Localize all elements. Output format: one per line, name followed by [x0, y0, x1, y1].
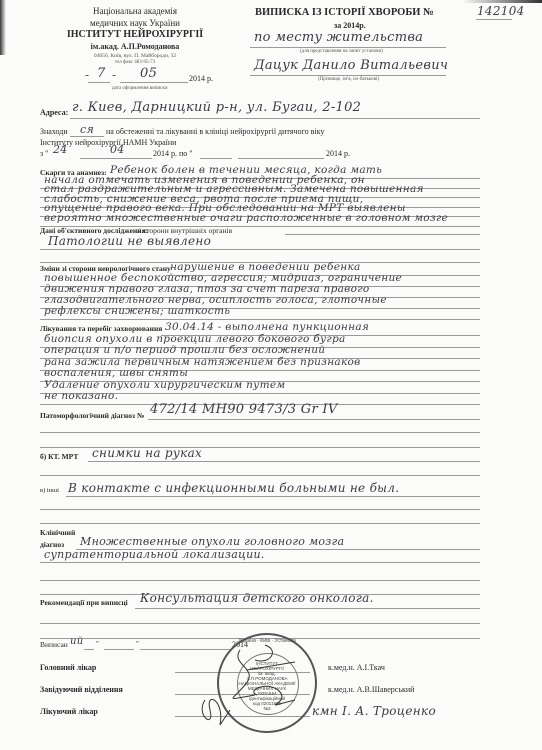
stay-from-day: 24	[53, 143, 68, 156]
academy-line2: медичних наук України	[55, 17, 215, 29]
treatment-line: 30.04.14 - выполнена пункционная	[165, 321, 369, 333]
institute-named-after: ім.акад. А.П.Ромоданова	[55, 41, 215, 53]
stay-from-prefix: з "	[40, 149, 48, 158]
complaints-line: вероятно множественные очаги расположенн…	[44, 212, 448, 224]
institute-phone: тел факс 483-95-73	[55, 60, 215, 66]
signature-name: кмн І. А. Троценко	[312, 704, 436, 718]
issue-year: 2014 р.	[189, 74, 213, 83]
signature-role: Лікуючий лікар	[40, 707, 98, 716]
patient-name-caption: (Прізвище, ім'я, по-батькові)	[318, 77, 379, 82]
recommendations-value: Консультация детского онколога.	[140, 591, 374, 605]
other-label: в) інші	[40, 487, 59, 494]
patient-name: Дацук Данило Витальевич	[254, 58, 448, 73]
address-value: г. Киев, Дарницкий р-н, ул. Бугаи, 2-102	[72, 100, 361, 115]
discharge-suffix: ий	[70, 636, 83, 647]
treatment-line: рана зажила первичным натяжением без при…	[44, 356, 361, 368]
treatment-line: не показано.	[44, 390, 118, 402]
signature-role: Головний лікар	[40, 663, 96, 672]
discharge-quote: "	[136, 640, 139, 648]
academy-line1: Національна академія	[55, 5, 215, 17]
signature-scribbles	[185, 640, 325, 740]
treatment-line: биопсия опухоли в проекции левого боково…	[44, 333, 346, 345]
pathomorph-value: 472/14 MH90 9473/3 Gr IV	[150, 402, 338, 417]
neuro-line: рефлексы снижены; шаткость	[44, 305, 230, 317]
record-number: 142104	[477, 4, 525, 18]
destination-caption: (для представлення на запит установи)	[300, 49, 383, 54]
other-value: В контакте с инфекционными больными не б…	[68, 481, 399, 495]
institute-address: 04050, Київ, вул. П. Майбороди, 32	[55, 53, 215, 60]
treatment-line: операция и п/о период прошли без осложне…	[44, 344, 325, 356]
issue-month: 05	[140, 66, 157, 81]
institute-name: ІНСТИТУТ НЕЙРОХІРУРГІЇ	[55, 29, 215, 41]
ct-mri-value: снимки на руках	[92, 446, 202, 460]
stay-from-month: 04	[110, 143, 125, 156]
stay-text-line1: на обстеженні та лікуванні в клініці ней…	[106, 127, 324, 136]
signature-name: к.мед.н. А.В.Шаверський	[328, 685, 414, 694]
signature-name: к.мед.н. А.І.Ткач	[328, 663, 385, 672]
scan-edge-shadow	[462, 0, 542, 3]
pathomorph-label: Патоморфологічний діагноз №	[40, 411, 144, 420]
discharge-document: Національна академія медичних наук Украї…	[0, 0, 542, 750]
institution-header: Національна академія медичних наук Украї…	[55, 5, 215, 66]
issue-day: 7	[97, 66, 106, 81]
year-label: за 2014р.	[334, 21, 366, 30]
address-label: Адреса:	[40, 108, 68, 117]
document-title: ВИПИСКА ІЗ ІСТОРІЇ ХВОРОБИ №	[255, 7, 434, 18]
stay-suffix: ся	[80, 123, 94, 136]
discharge-quote: "	[96, 640, 99, 648]
treatment-line: Удаление опухоли хирургическим путем	[44, 379, 285, 391]
objective-value: Патологии не выявлено	[48, 234, 211, 248]
treatment-line: воспаления, швы сняты	[44, 367, 188, 379]
clinical-line: Множественные опухоли головного мозга	[80, 535, 344, 548]
issue-date-caption: дата оформлення виписки	[112, 86, 168, 91]
clinical-label-line1: Клінічний	[40, 528, 75, 537]
destination: по месту жительства	[254, 30, 423, 45]
stay-from-year: 2014 р. по "	[153, 149, 193, 158]
recommendations-label: Рекомендації при виписці	[40, 598, 128, 607]
scan-edge-shadow	[0, 0, 6, 55]
discharge-label: Виписан	[40, 640, 68, 649]
clinical-line: супратенториальной локализации.	[44, 548, 265, 561]
stay-prefix: Знаходи	[40, 127, 68, 136]
stay-to-year: 2014 р.	[326, 149, 350, 158]
signature-role: Завідуючий відділення	[40, 685, 123, 694]
ct-mri-label: б) КТ. МРТ	[40, 452, 78, 461]
